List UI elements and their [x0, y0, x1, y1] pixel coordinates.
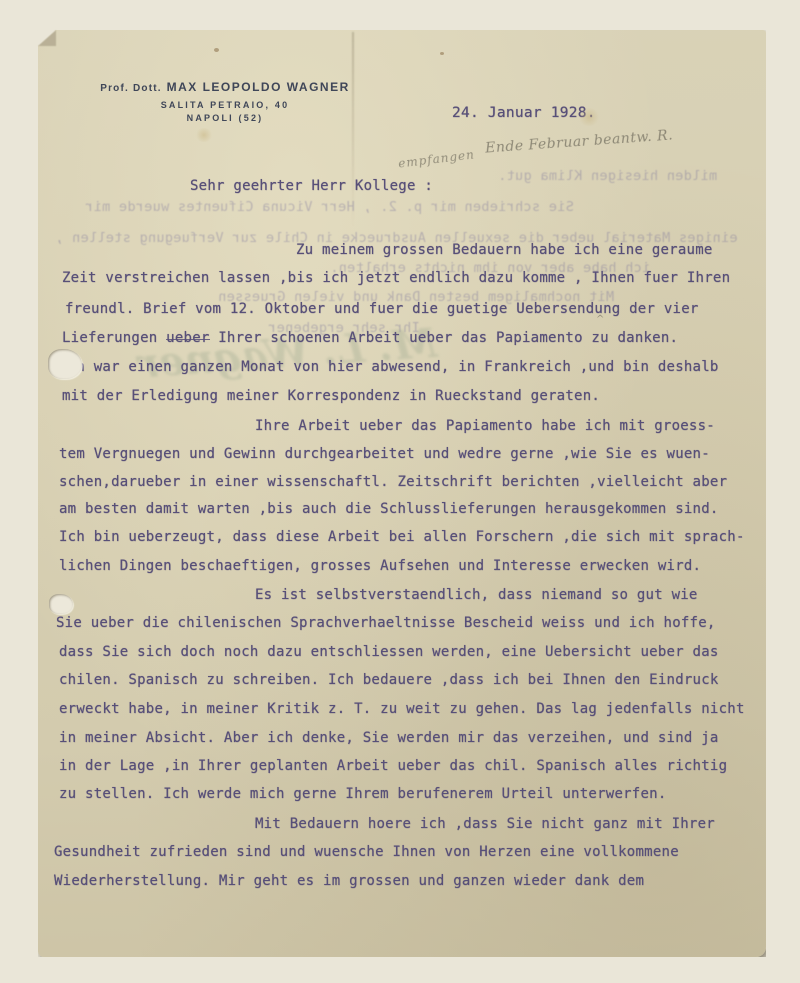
bleedthrough-line: Sie schrieben mir p. 2. , Herr Vicuna Ci…: [85, 196, 645, 215]
letterhead-street: SALITA PETRAIO, 40: [75, 100, 375, 110]
body-line: lichen Dingen beschaeftigen, grosses Auf…: [59, 558, 701, 574]
body-line: in meiner Absicht. Aber ich denke, Sie w…: [59, 730, 719, 746]
body-line: Zeit verstreichen lassen ,bis ich jetzt …: [62, 270, 730, 286]
body-line: Wiederherstellung. Mir geht es im grosse…: [54, 873, 644, 889]
paper-fleck: [440, 52, 444, 55]
body-line: chilen. Spanisch zu schreiben. Ich bedau…: [59, 672, 719, 688]
body-line: Es ist selbstverstaendlich, dass niemand…: [255, 587, 698, 603]
paper-fleck: [214, 48, 219, 52]
body-line: zu stellen. Ich werde mich gerne Ihrem b…: [59, 786, 667, 802]
body-line: Gesundheit zufrieden sind und wuensche I…: [54, 844, 679, 860]
body-line: Sie ueber die chilenischen Sprachverhael…: [56, 615, 716, 631]
body-line: Ich war einen ganzen Monat von hier abwe…: [59, 359, 719, 375]
struck-word: ueber: [166, 330, 209, 346]
paper-stain: [578, 108, 600, 126]
body-line: Ihre Arbeit ueber das Papiamento habe ic…: [255, 418, 715, 434]
body-line: mit der Erledigung meiner Korrespondenz …: [62, 388, 600, 404]
body-line: schen,darueber in einer wissenschaftl. Z…: [59, 474, 727, 490]
letterhead-full-name: MAX LEOPOLDO WAGNER: [167, 80, 350, 94]
body-line: Mit Bedauern hoere ich ,dass Sie nicht g…: [255, 816, 715, 832]
letterhead: Prof. Dott. MAX LEOPOLDO WAGNER SALITA P…: [75, 80, 375, 123]
body-line: am besten damit warten ,bis auch die Sch…: [59, 501, 719, 517]
body-text: Lieferungen: [62, 330, 166, 346]
paper-hole: [48, 349, 82, 379]
body-line: in der Lage ,in Ihrer geplanten Arbeit u…: [59, 758, 727, 774]
corner-fold: [38, 30, 56, 46]
body-line: freundl. Brief vom 12. Oktober und fuer …: [65, 301, 699, 317]
bleedthrough-line: milden hiesigen Klima gut.: [498, 165, 718, 184]
body-line: tem Vergnuegen und Gewinn durchgearbeite…: [59, 446, 710, 462]
body-line: Lieferungen ueber Ihrer schoenen Arbeit …: [62, 330, 678, 346]
body-line: erweckt habe, in meiner Kritik z. T. zu …: [59, 701, 745, 717]
letter-scan: milden hiesigen Klima gut. Sie schrieben…: [0, 0, 800, 983]
letterhead-title-prefix: Prof. Dott.: [100, 83, 162, 94]
letter-date: 24. Januar 1928.: [452, 105, 596, 121]
salutation: Sehr geehrter Herr Kollege :: [190, 178, 433, 194]
body-line: Ich bin ueberzeugt, dass diese Arbeit be…: [59, 529, 745, 545]
body-line: Zu meinem grossen Bedauern habe ich eine…: [296, 242, 713, 258]
letterhead-name: Prof. Dott. MAX LEOPOLDO WAGNER: [75, 80, 375, 94]
letterhead-city: NAPOLI (52): [75, 113, 375, 123]
paper-stain: [195, 128, 213, 142]
body-text: Ihrer schoenen Arbeit ueber das Papiamen…: [210, 330, 679, 346]
body-line: dass Sie sich doch noch dazu entschliess…: [59, 644, 719, 660]
paper-hole: [49, 594, 73, 614]
